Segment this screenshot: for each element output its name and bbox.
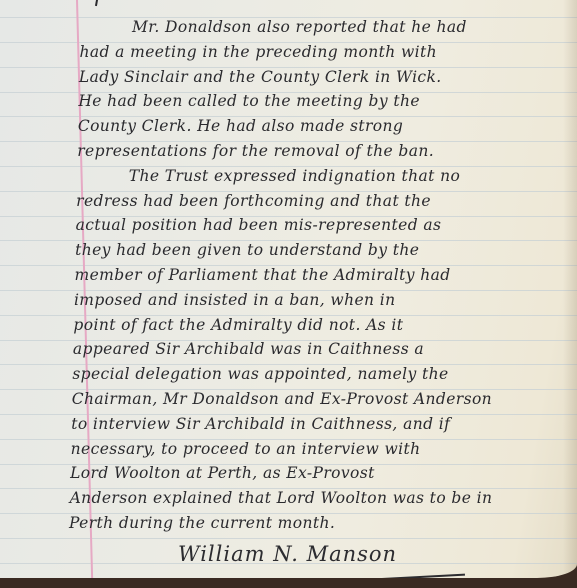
text-line: representations for the removal of the b… <box>77 142 434 160</box>
text-line: imposed and insisted in a ban, when in <box>74 291 396 309</box>
text-line: appeared Sir Archibald was in Caithness … <box>73 340 424 358</box>
text-line: Mr. Donaldson also reported that he had <box>80 18 467 36</box>
text-line: necessary, to proceed to an interview wi… <box>71 440 421 458</box>
text-line: point of fact the Admiralty did not. As … <box>73 316 403 334</box>
text-line: County Clerk. He had also made strong <box>78 117 403 135</box>
text-line: Perth during the current month. <box>69 514 335 532</box>
text-line: Lord Woolton at Perth, as Ex-Provost <box>70 464 375 482</box>
text-line: redress had been forthcoming and that th… <box>76 192 431 210</box>
text-line: they had been given to understand by the <box>75 241 419 259</box>
signature: William N. Manson <box>178 542 397 566</box>
text-line: to interview Sir Archibald in Caithness,… <box>71 415 450 433</box>
text-line: Lady Sinclair and the County Clerk in Wi… <box>79 68 442 86</box>
text-line: member of Parliament that the Admiralty … <box>75 266 451 284</box>
text-line: Anderson explained that Lord Woolton was… <box>70 489 493 507</box>
text-line: He had been called to the meeting by the <box>78 92 420 110</box>
text-line: had a meeting in the preceding month wit… <box>79 43 437 61</box>
text-line: special delegation was appointed, namely… <box>72 365 448 383</box>
text-line: The Trust expressed indignation that no <box>77 167 461 185</box>
text-line: Chairman, Mr Donaldson and Ex-Provost An… <box>72 390 492 408</box>
text-line: actual position had been mis-represented… <box>76 216 442 234</box>
ledger-page: Mr. Donaldson also reported that he had … <box>0 0 577 578</box>
ruled-line <box>0 538 577 539</box>
